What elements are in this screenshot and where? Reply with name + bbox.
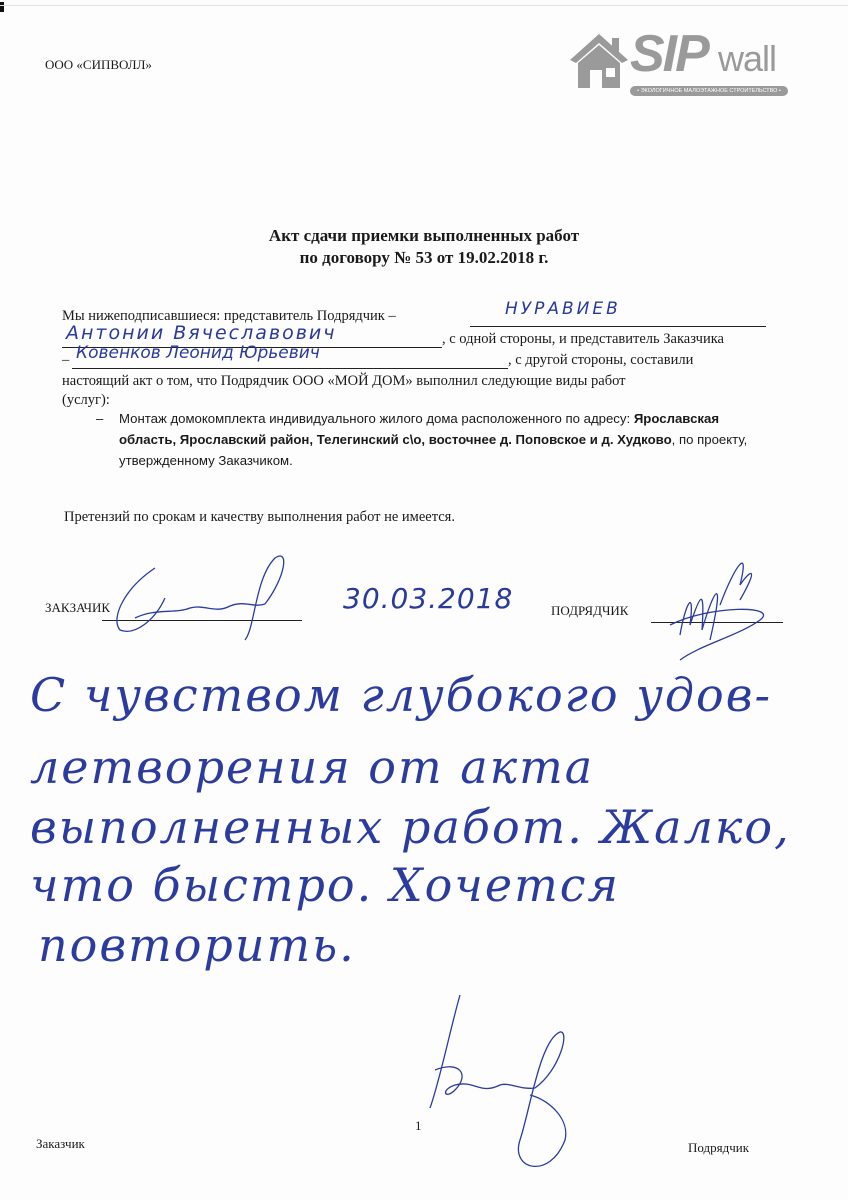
customer-signature xyxy=(95,548,325,643)
work-item-address-start: Ярославская xyxy=(634,411,719,426)
contractor-rep-line xyxy=(470,326,766,327)
dash: – xyxy=(62,352,69,369)
contractor-surname-handwritten: НУРАВИЕВ xyxy=(505,299,621,319)
contractor-signature-label: ПОДРЯДЧИК xyxy=(551,603,628,619)
logo-brand-sip: SIP xyxy=(630,24,708,84)
work-item-text: Монтаж домокомплекта индивидуального жил… xyxy=(119,411,634,426)
customer-rep-handwritten: Ковенков Леонид Юрьевич xyxy=(76,343,320,363)
one-side-text: , с одной стороны, и представитель Заказ… xyxy=(442,331,724,348)
handwritten-note-line-5: повторить. xyxy=(38,918,356,972)
footer-contractor-label: Подрядчик xyxy=(688,1140,749,1156)
note-signature xyxy=(400,990,610,1180)
signing-date-handwritten: 30.03.2018 xyxy=(343,582,513,615)
bullet-dash: – xyxy=(96,411,103,426)
customer-rep-line xyxy=(72,368,508,369)
logo-tagline: • ЭКОЛОГИЧНОЕ МАЛОЭТАЖНОЕ СТРОИТЕЛЬСТВО … xyxy=(630,86,788,96)
work-item-line-1: Монтаж домокомплекта индивидуального жил… xyxy=(119,411,719,426)
contractor-signature xyxy=(640,545,780,665)
handwritten-note-line-4: что быстро. Хочется xyxy=(30,858,620,912)
work-item-line-2: область, Ярославский район, Телегинский … xyxy=(119,432,747,447)
logo-brand-wall: wall xyxy=(718,38,776,80)
work-item-line-3: утвержденному Заказчиком. xyxy=(119,453,293,468)
page-number: 1 xyxy=(415,1118,422,1134)
other-side-text: , с другой стороны, составили xyxy=(508,352,693,369)
footer-customer-label: Заказчик xyxy=(36,1136,85,1152)
house-icon xyxy=(568,30,630,88)
handwritten-note-line-1: С чувством глубокого удов- xyxy=(30,668,772,722)
handwritten-note-line-2: летворения от акта xyxy=(30,740,594,794)
act-statement-text: настоящий акт о том, что Подрядчик ООО «… xyxy=(62,373,626,390)
sipwall-logo: SIP wall • ЭКОЛОГИЧНОЕ МАЛОЭТАЖНОЕ СТРОИ… xyxy=(568,30,790,100)
work-item-address: область, Ярославский район, Телегинский … xyxy=(119,432,672,447)
work-item-project-text: , по проекту, xyxy=(672,432,748,447)
scan-corner-mark xyxy=(0,2,4,12)
scan-edge-line xyxy=(0,5,848,6)
company-name: ООО «СИПВОЛЛ» xyxy=(45,57,152,73)
no-claims-statement: Претензий по срокам и качеству выполнени… xyxy=(64,509,455,526)
document-subtitle: по договору № 53 от 19.02.2018 г. xyxy=(0,248,848,268)
contractor-name-handwritten: Антонии Вячеславович xyxy=(66,322,336,344)
handwritten-note-line-3: выполненных работ. Жалко, xyxy=(30,800,791,854)
services-label: (услуг): xyxy=(62,392,110,409)
document-title: Акт сдачи приемки выполненных работ xyxy=(0,226,848,246)
